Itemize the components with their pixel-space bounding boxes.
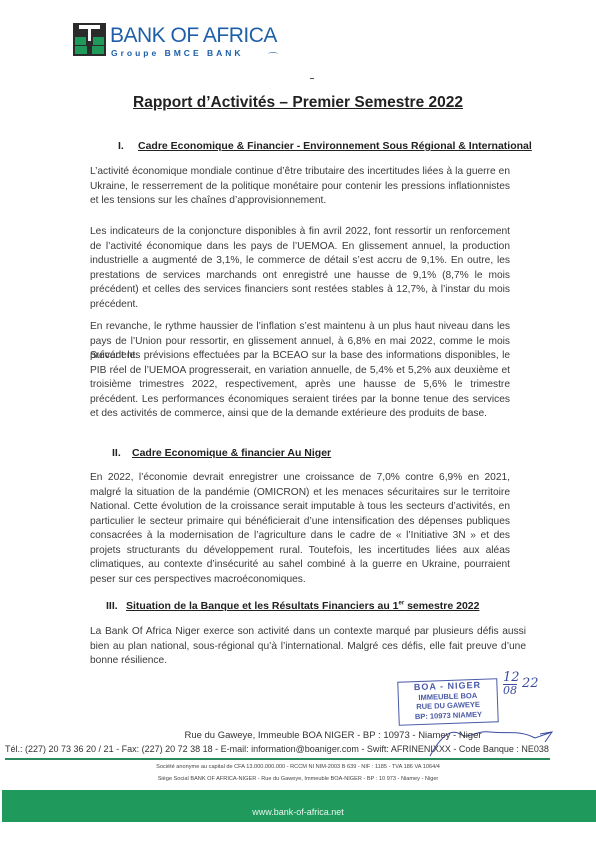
footer-band (2, 790, 596, 822)
logo-swoosh-icon: ⌒ (268, 49, 278, 64)
handwritten-year: 22 (522, 678, 539, 690)
footer-address: Rue du Gaweye, Immeuble BOA NIGER - BP :… (0, 730, 596, 741)
page-title: Rapport d’Activités – Premier Semestre 2… (0, 94, 596, 112)
scan-mark (310, 78, 314, 79)
section-1-heading: I.Cadre Economique & Financier - Environ… (118, 140, 532, 152)
boa-emblem-icon (73, 23, 106, 56)
footer-website: www.bank-of-africa.net (0, 807, 596, 817)
section-3-heading: III.Situation de la Banque et les Résult… (106, 600, 479, 612)
bank-logo: BANK OF AFRICA Groupe BMCE BANK ⌒ (73, 23, 293, 63)
section-2-heading: II.Cadre Economique & financier Au Niger (112, 447, 331, 459)
section-2-paragraph-1: En 2022, l’économie devrait enregistrer … (90, 471, 510, 587)
logo-subtitle: Groupe BMCE BANK (111, 48, 244, 58)
section-1-paragraph-1: L’activité économique mondiale continue … (90, 165, 510, 209)
footer-contact: Tél.: (227) 20 73 36 20 / 21 - Fax: (227… (5, 744, 549, 754)
company-stamp: BOA - NIGER IMMEUBLE BOA RUE DU GAWEYE B… (397, 678, 498, 725)
handwritten-date: 12 08 (503, 672, 520, 697)
section-1-paragraph-4: Suivant les prévisions effectuées par la… (90, 349, 510, 422)
footer-divider (5, 758, 550, 760)
footer-legal-line-1: Société anonyme au capital de CFA 13.000… (0, 764, 596, 770)
logo-name: BANK OF AFRICA (110, 24, 277, 48)
footer-legal-line-2: Siège Social BANK OF AFRICA-NIGER - Rue … (0, 776, 596, 782)
section-3-paragraph-1: La Bank Of Africa Niger exerce son activ… (90, 625, 526, 669)
section-1-paragraph-2: Les indicateurs de la conjoncture dispon… (90, 225, 510, 312)
